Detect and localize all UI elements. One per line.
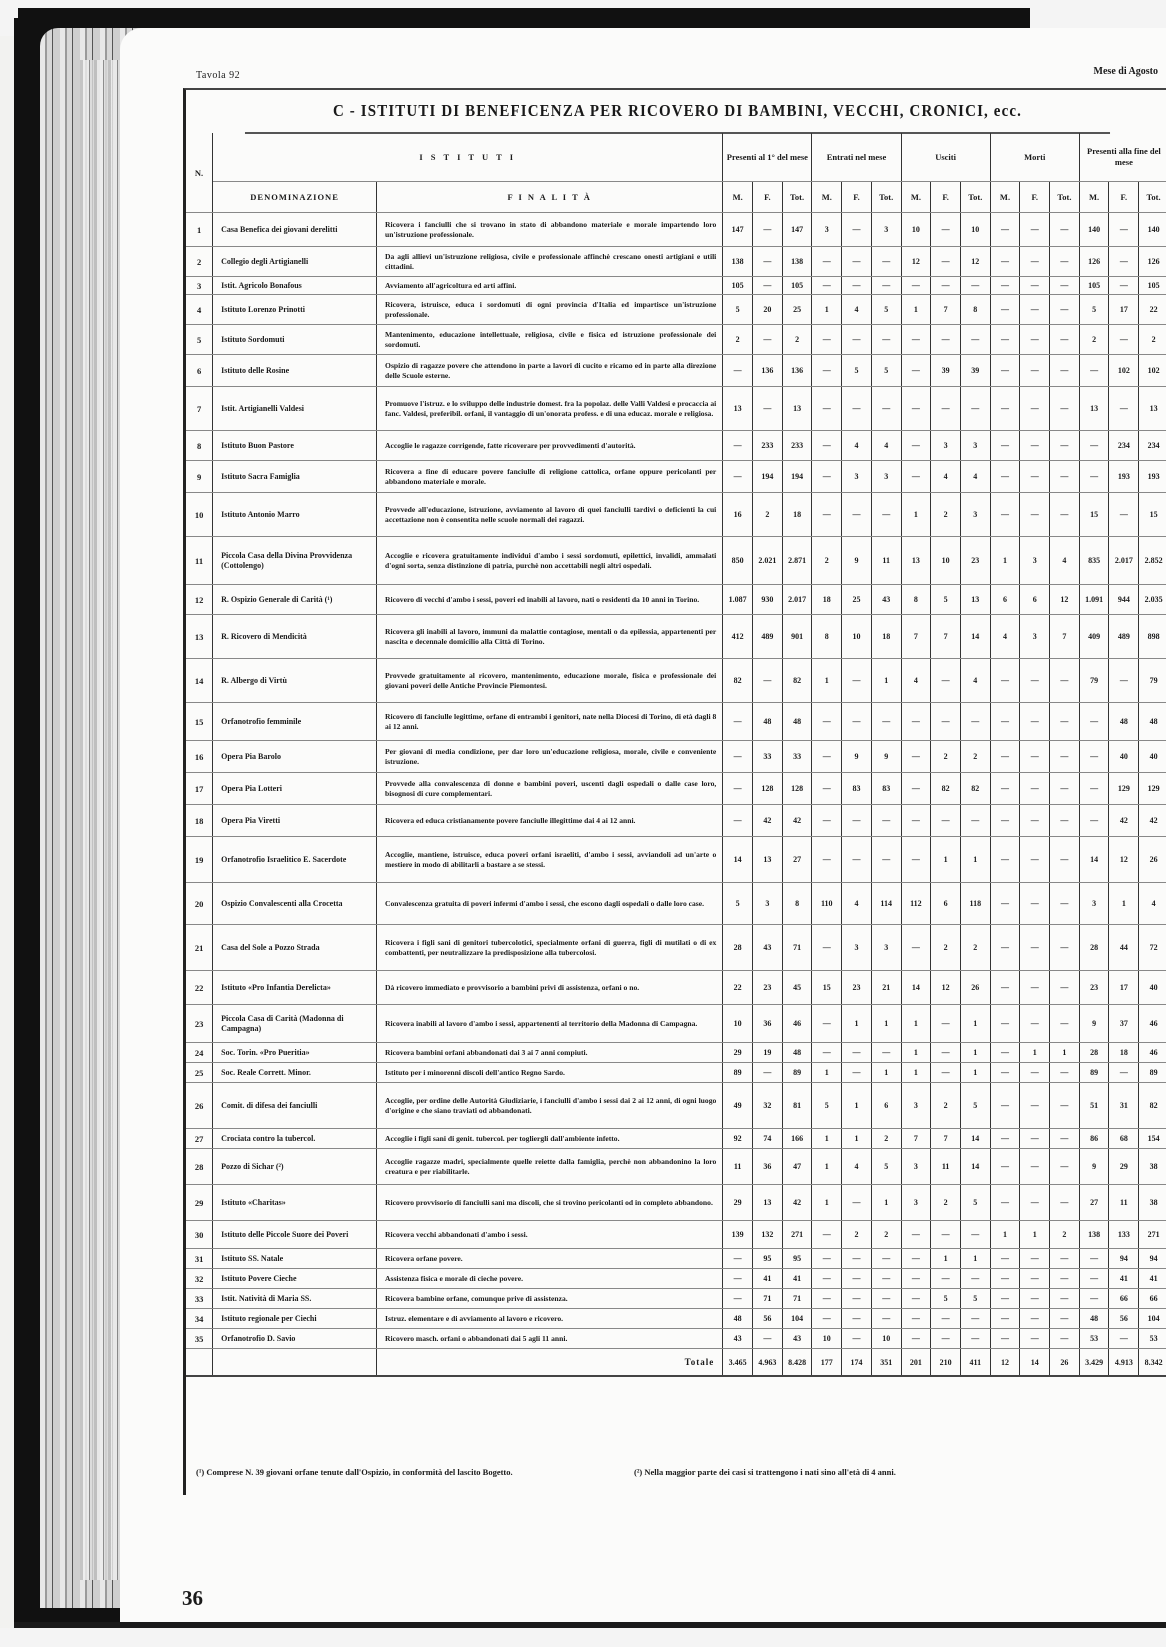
- value-cell: —: [1020, 1309, 1050, 1329]
- row-number: 35: [186, 1329, 213, 1349]
- institution-purpose: Ricovera a fine di educare povere fanciu…: [377, 461, 723, 493]
- row-number: 11: [186, 537, 213, 585]
- value-cell: —: [842, 1249, 872, 1269]
- value-cell: 3: [960, 431, 990, 461]
- value-cell: 3: [901, 1185, 931, 1221]
- value-cell: —: [753, 277, 783, 295]
- value-cell: —: [931, 387, 961, 431]
- total-value-cell: 3.429: [1079, 1349, 1109, 1377]
- value-cell: —: [931, 1063, 961, 1083]
- value-cell: 2: [960, 741, 990, 773]
- institution-name: Istituto Lorenzo Prinotti: [213, 295, 377, 325]
- table-row: 33Istit. Natività di Maria SS.Ricovera b…: [186, 1289, 1166, 1309]
- column-header-finalita: F I N A L I T À: [377, 182, 723, 213]
- value-cell: 39: [960, 355, 990, 387]
- value-cell: 1: [960, 1249, 990, 1269]
- institution-purpose: Ricovera inabili al lavoro d'ambo i sess…: [377, 1005, 723, 1043]
- value-cell: —: [931, 1043, 961, 1063]
- value-cell: —: [990, 1129, 1020, 1149]
- value-cell: —: [812, 355, 842, 387]
- value-cell: —: [753, 247, 783, 277]
- value-cell: 51: [1079, 1083, 1109, 1129]
- value-cell: 1: [960, 1005, 990, 1043]
- table-row: 34Istituto regionale per CiechiIstruz. e…: [186, 1309, 1166, 1329]
- institution-purpose: Accoglie ragazze madri, specialmente que…: [377, 1149, 723, 1185]
- value-cell: —: [871, 1249, 901, 1269]
- institution-purpose: Accoglie e ricovera gratuitamente indivi…: [377, 537, 723, 585]
- institution-purpose: Convalescenza gratuita di poveri infermi…: [377, 883, 723, 925]
- value-cell: 1.091: [1079, 585, 1109, 615]
- institution-purpose: Accoglie i figli sani di genit. tubercol…: [377, 1129, 723, 1149]
- value-cell: 45: [782, 971, 812, 1005]
- value-cell: —: [1109, 1063, 1139, 1083]
- value-cell: 49: [723, 1083, 753, 1129]
- value-cell: 14: [901, 971, 931, 1005]
- row-number: 18: [186, 805, 213, 837]
- value-cell: —: [1050, 773, 1080, 805]
- value-cell: —: [1020, 1329, 1050, 1349]
- value-cell: —: [812, 1005, 842, 1043]
- value-cell: 3: [871, 461, 901, 493]
- value-cell: 104: [782, 1309, 812, 1329]
- value-cell: —: [871, 493, 901, 537]
- value-cell: 71: [753, 1289, 783, 1309]
- value-cell: —: [1109, 493, 1139, 537]
- value-cell: 898: [1139, 615, 1166, 659]
- table-row: 21Casa del Sole a Pozzo StradaRicovera i…: [186, 925, 1166, 971]
- institution-name: Collegio degli Artigianelli: [213, 247, 377, 277]
- value-cell: —: [990, 1269, 1020, 1289]
- value-cell: 7: [901, 1129, 931, 1149]
- institution-purpose: Provvede all'educazione, istruzione, avv…: [377, 493, 723, 537]
- value-cell: 95: [753, 1249, 783, 1269]
- value-cell: —: [1050, 387, 1080, 431]
- value-cell: 1: [931, 1249, 961, 1269]
- column-header-presenti-inizio-tot: Tot.: [782, 182, 812, 213]
- total-value-cell: 174: [842, 1349, 872, 1377]
- value-cell: —: [931, 1309, 961, 1329]
- value-cell: 31: [1109, 1083, 1139, 1129]
- value-cell: —: [842, 493, 872, 537]
- value-cell: 1: [871, 1185, 901, 1221]
- value-cell: —: [990, 387, 1020, 431]
- table-row: 10Istituto Antonio MarroProvvede all'edu…: [186, 493, 1166, 537]
- value-cell: 41: [1109, 1269, 1139, 1289]
- value-cell: 2.021: [753, 537, 783, 585]
- value-cell: 6: [871, 1083, 901, 1129]
- value-cell: —: [990, 431, 1020, 461]
- value-cell: —: [1050, 461, 1080, 493]
- value-cell: 46: [782, 1005, 812, 1043]
- value-cell: —: [1079, 1269, 1109, 1289]
- value-cell: —: [901, 1221, 931, 1249]
- value-cell: —: [990, 493, 1020, 537]
- value-cell: 132: [753, 1221, 783, 1249]
- value-cell: —: [1020, 703, 1050, 741]
- value-cell: 1: [871, 659, 901, 703]
- total-value-cell: 3.465: [723, 1349, 753, 1377]
- table-row: 16Opera Pia BaroloPer giovani di media c…: [186, 741, 1166, 773]
- value-cell: —: [812, 805, 842, 837]
- value-cell: 12: [960, 247, 990, 277]
- column-header-denominazione: DENOMINAZIONE: [213, 182, 377, 213]
- value-cell: 2.852: [1139, 537, 1166, 585]
- value-cell: 15: [1139, 493, 1166, 537]
- value-cell: —: [812, 1221, 842, 1249]
- value-cell: —: [1050, 1005, 1080, 1043]
- institution-purpose: Avviamento all'agricoltura ed arti affin…: [377, 277, 723, 295]
- value-cell: 29: [723, 1043, 753, 1063]
- value-cell: 850: [723, 537, 753, 585]
- total-value-cell: 12: [990, 1349, 1020, 1377]
- value-cell: 2.017: [782, 585, 812, 615]
- value-cell: 1: [1050, 1043, 1080, 1063]
- value-cell: —: [1109, 213, 1139, 247]
- value-cell: 48: [1139, 703, 1166, 741]
- value-cell: —: [901, 925, 931, 971]
- value-cell: 25: [782, 295, 812, 325]
- value-cell: —: [1020, 1129, 1050, 1149]
- value-cell: 2: [871, 1129, 901, 1149]
- column-header-morti: Morti: [990, 133, 1079, 182]
- total-value-cell: 4.913: [1109, 1349, 1139, 1377]
- value-cell: 14: [1079, 837, 1109, 883]
- total-value-cell: 14: [1020, 1349, 1050, 1377]
- value-cell: 3: [1079, 883, 1109, 925]
- column-header-morti-f: F.: [1020, 182, 1050, 213]
- value-cell: —: [1109, 247, 1139, 277]
- value-cell: 5: [723, 883, 753, 925]
- value-cell: —: [1020, 1185, 1050, 1221]
- value-cell: 56: [1109, 1309, 1139, 1329]
- value-cell: 9: [842, 741, 872, 773]
- institution-name: Orfanotrofio Israelitico E. Sacerdote: [213, 837, 377, 883]
- value-cell: 1.087: [723, 585, 753, 615]
- institution-name: Crociata contro la tubercol.: [213, 1129, 377, 1149]
- value-cell: —: [901, 461, 931, 493]
- table-frame: C - ISTITUTI DI BENEFICENZA PER RICOVERO…: [183, 88, 1166, 1495]
- value-cell: 86: [1079, 1129, 1109, 1149]
- institution-name: Pozzo di Sichar (²): [213, 1149, 377, 1185]
- value-cell: —: [1109, 387, 1139, 431]
- value-cell: 1: [931, 837, 961, 883]
- value-cell: 5: [812, 1083, 842, 1129]
- row-number: 32: [186, 1269, 213, 1289]
- value-cell: 95: [782, 1249, 812, 1269]
- value-cell: 6: [931, 883, 961, 925]
- value-cell: 136: [782, 355, 812, 387]
- totals-row: Totale3.4654.9638.4281771743512012104111…: [186, 1349, 1166, 1377]
- footnotes: (¹) Comprese N. 39 giovani orfane tenute…: [196, 1467, 1156, 1477]
- value-cell: —: [1079, 355, 1109, 387]
- value-cell: —: [901, 1329, 931, 1349]
- value-cell: —: [1079, 805, 1109, 837]
- total-value-cell: 26: [1050, 1349, 1080, 1377]
- value-cell: —: [1050, 805, 1080, 837]
- table-row: 7Istit. Artigianelli ValdesiPromuove l'i…: [186, 387, 1166, 431]
- value-cell: 3: [901, 1083, 931, 1129]
- value-cell: 71: [782, 1289, 812, 1309]
- value-cell: —: [901, 703, 931, 741]
- value-cell: 48: [1079, 1309, 1109, 1329]
- value-cell: 40: [1109, 741, 1139, 773]
- institution-name: Casa Benefica dei giovani derelitti: [213, 213, 377, 247]
- value-cell: 66: [1139, 1289, 1166, 1309]
- value-cell: 8: [812, 615, 842, 659]
- value-cell: —: [990, 1083, 1020, 1129]
- value-cell: 193: [1109, 461, 1139, 493]
- value-cell: 3: [1020, 537, 1050, 585]
- value-cell: 901: [782, 615, 812, 659]
- table-row: 1Casa Benefica dei giovani derelittiRico…: [186, 213, 1166, 247]
- value-cell: —: [960, 325, 990, 355]
- value-cell: —: [842, 1309, 872, 1329]
- value-cell: —: [812, 387, 842, 431]
- value-cell: 83: [871, 773, 901, 805]
- column-header-morti-tot: Tot.: [1050, 182, 1080, 213]
- value-cell: 23: [753, 971, 783, 1005]
- totals-blank-number: [186, 1349, 213, 1377]
- institution-purpose: Ricovera i fanciulli che si trovano in s…: [377, 213, 723, 247]
- value-cell: 43: [723, 1329, 753, 1349]
- value-cell: 9: [842, 537, 872, 585]
- institution-name: Opera Pia Viretti: [213, 805, 377, 837]
- value-cell: 7: [931, 295, 961, 325]
- value-cell: —: [990, 1309, 1020, 1329]
- row-number: 16: [186, 741, 213, 773]
- value-cell: —: [1050, 703, 1080, 741]
- value-cell: —: [812, 1249, 842, 1269]
- value-cell: 28: [1079, 1043, 1109, 1063]
- value-cell: —: [931, 277, 961, 295]
- value-cell: 930: [753, 585, 783, 615]
- value-cell: 4: [1050, 537, 1080, 585]
- value-cell: —: [871, 1269, 901, 1289]
- value-cell: —: [990, 1249, 1020, 1269]
- institution-purpose: Assistenza fisica e morale di cieche pov…: [377, 1269, 723, 1289]
- value-cell: —: [960, 1221, 990, 1249]
- value-cell: 33: [753, 741, 783, 773]
- value-cell: 5: [842, 355, 872, 387]
- value-cell: 66: [1109, 1289, 1139, 1309]
- page-number: 36: [182, 1586, 203, 1611]
- value-cell: —: [1020, 355, 1050, 387]
- institution-purpose: Ricovera, istruisce, educa i sordomuti d…: [377, 295, 723, 325]
- value-cell: 138: [782, 247, 812, 277]
- value-cell: 2: [871, 1221, 901, 1249]
- value-cell: 129: [1109, 773, 1139, 805]
- value-cell: 38: [1139, 1185, 1166, 1221]
- value-cell: —: [842, 325, 872, 355]
- value-cell: —: [871, 703, 901, 741]
- column-header-presenti-fine-tot: Tot.: [1139, 182, 1166, 213]
- value-cell: 3: [871, 213, 901, 247]
- value-cell: —: [1079, 741, 1109, 773]
- value-cell: 9: [1079, 1149, 1109, 1185]
- column-header-usciti: Usciti: [901, 133, 990, 182]
- value-cell: 3: [842, 925, 872, 971]
- value-cell: 28: [723, 925, 753, 971]
- institution-name: Istituto regionale per Ciechi: [213, 1309, 377, 1329]
- institution-purpose: Ricovera gli inabili al lavoro, immuni d…: [377, 615, 723, 659]
- institution-name: Piccola Casa di Carità (Madonna di Campa…: [213, 1005, 377, 1043]
- value-cell: 48: [1109, 703, 1139, 741]
- value-cell: —: [812, 703, 842, 741]
- value-cell: —: [1050, 1129, 1080, 1149]
- value-cell: —: [812, 461, 842, 493]
- value-cell: —: [960, 277, 990, 295]
- value-cell: 40: [1139, 741, 1166, 773]
- table-row: 27Crociata contro la tubercol.Accoglie i…: [186, 1129, 1166, 1149]
- value-cell: —: [1020, 325, 1050, 355]
- value-cell: —: [990, 277, 1020, 295]
- value-cell: 128: [753, 773, 783, 805]
- institution-name: Istit. Natività di Maria SS.: [213, 1289, 377, 1309]
- value-cell: 82: [723, 659, 753, 703]
- value-cell: —: [901, 741, 931, 773]
- value-cell: 139: [723, 1221, 753, 1249]
- value-cell: —: [1079, 1289, 1109, 1309]
- table-title: C - ISTITUTI DI BENEFICENZA PER RICOVERO…: [245, 90, 1110, 134]
- row-number: 8: [186, 431, 213, 461]
- value-cell: —: [1050, 1185, 1080, 1221]
- value-cell: 16: [723, 493, 753, 537]
- value-cell: 3: [753, 883, 783, 925]
- value-cell: —: [1109, 277, 1139, 295]
- row-number: 34: [186, 1309, 213, 1329]
- value-cell: 2: [1139, 325, 1166, 355]
- value-cell: —: [931, 1269, 961, 1289]
- value-cell: 11: [931, 1149, 961, 1185]
- value-cell: 37: [1109, 1005, 1139, 1043]
- value-cell: 89: [1139, 1063, 1166, 1083]
- value-cell: —: [901, 1249, 931, 1269]
- institution-purpose: Da agli allievi un'istruzione religiosa,…: [377, 247, 723, 277]
- value-cell: 38: [1139, 1149, 1166, 1185]
- value-cell: —: [1050, 355, 1080, 387]
- value-cell: —: [1020, 971, 1050, 1005]
- value-cell: 126: [1079, 247, 1109, 277]
- value-cell: 105: [723, 277, 753, 295]
- institution-purpose: Ricovera orfane povere.: [377, 1249, 723, 1269]
- value-cell: 43: [871, 585, 901, 615]
- value-cell: —: [901, 837, 931, 883]
- value-cell: —: [990, 773, 1020, 805]
- value-cell: —: [931, 213, 961, 247]
- value-cell: 5: [1079, 295, 1109, 325]
- value-cell: 8: [782, 883, 812, 925]
- value-cell: —: [1020, 387, 1050, 431]
- value-cell: 14: [960, 615, 990, 659]
- column-header-presenti-fine-m: M.: [1079, 182, 1109, 213]
- value-cell: —: [842, 1269, 872, 1289]
- value-cell: —: [931, 659, 961, 703]
- institution-name: Istituto delle Piccole Suore dei Poveri: [213, 1221, 377, 1249]
- value-cell: 26: [1139, 837, 1166, 883]
- value-cell: 29: [1109, 1149, 1139, 1185]
- value-cell: —: [812, 1043, 842, 1063]
- value-cell: 68: [1109, 1129, 1139, 1149]
- table-row: 30Istituto delle Piccole Suore dei Pover…: [186, 1221, 1166, 1249]
- institution-purpose: Provvede gratuitamente al ricovero, mant…: [377, 659, 723, 703]
- column-header-presenti-inizio-m: M.: [723, 182, 753, 213]
- value-cell: 5: [960, 1083, 990, 1129]
- row-number: 21: [186, 925, 213, 971]
- value-cell: 4: [901, 659, 931, 703]
- value-cell: —: [960, 1309, 990, 1329]
- value-cell: 944: [1109, 585, 1139, 615]
- row-number: 33: [186, 1289, 213, 1309]
- row-number: 23: [186, 1005, 213, 1043]
- value-cell: 2: [753, 493, 783, 537]
- value-cell: 72: [1139, 925, 1166, 971]
- value-cell: 7: [931, 615, 961, 659]
- value-cell: 1: [812, 1063, 842, 1083]
- table-row: 31Istituto SS. NataleRicovera orfane pov…: [186, 1249, 1166, 1269]
- value-cell: 12: [1109, 837, 1139, 883]
- value-cell: —: [1050, 431, 1080, 461]
- value-cell: 1: [1020, 1221, 1050, 1249]
- value-cell: 36: [753, 1005, 783, 1043]
- row-number: 26: [186, 1083, 213, 1129]
- column-header-entrati: Entrati nel mese: [812, 133, 901, 182]
- column-header-usciti-tot: Tot.: [960, 182, 990, 213]
- value-cell: 4: [1139, 883, 1166, 925]
- value-cell: —: [812, 741, 842, 773]
- value-cell: 3: [960, 493, 990, 537]
- table-row: 28Pozzo di Sichar (²)Accoglie ragazze ma…: [186, 1149, 1166, 1185]
- table-row: 20Ospizio Convalescenti alla CrocettaCon…: [186, 883, 1166, 925]
- value-cell: —: [1079, 431, 1109, 461]
- total-value-cell: 4.963: [753, 1349, 783, 1377]
- value-cell: 79: [1139, 659, 1166, 703]
- institution-name: Istituto Sordomuti: [213, 325, 377, 355]
- value-cell: 409: [1079, 615, 1109, 659]
- row-number: 9: [186, 461, 213, 493]
- value-cell: 43: [782, 1329, 812, 1349]
- value-cell: —: [753, 387, 783, 431]
- value-cell: 27: [1079, 1185, 1109, 1221]
- value-cell: 22: [723, 971, 753, 1005]
- value-cell: 7: [931, 1129, 961, 1149]
- value-cell: 2: [931, 1185, 961, 1221]
- institution-purpose: Accoglie, mantiene, istruisce, educa pov…: [377, 837, 723, 883]
- footnote-1: (¹) Comprese N. 39 giovani orfane tenute…: [196, 1467, 513, 1477]
- value-cell: 41: [1139, 1269, 1166, 1289]
- value-cell: —: [1020, 493, 1050, 537]
- value-cell: —: [723, 355, 753, 387]
- value-cell: 5: [723, 295, 753, 325]
- value-cell: 71: [782, 925, 812, 971]
- value-cell: 154: [1139, 1129, 1166, 1149]
- value-cell: 11: [723, 1149, 753, 1185]
- value-cell: —: [990, 355, 1020, 387]
- value-cell: —: [812, 773, 842, 805]
- institution-name: Orfanotrofio D. Savio: [213, 1329, 377, 1349]
- month-label: Mese di Agosto: [1094, 66, 1158, 77]
- value-cell: 18: [782, 493, 812, 537]
- value-cell: —: [1050, 883, 1080, 925]
- institution-name: Ospizio Convalescenti alla Crocetta: [213, 883, 377, 925]
- value-cell: —: [1050, 277, 1080, 295]
- value-cell: 1: [901, 1063, 931, 1083]
- value-cell: —: [1050, 837, 1080, 883]
- value-cell: 1: [901, 1043, 931, 1063]
- row-number: 27: [186, 1129, 213, 1149]
- value-cell: —: [842, 805, 872, 837]
- value-cell: 147: [782, 213, 812, 247]
- value-cell: 33: [782, 741, 812, 773]
